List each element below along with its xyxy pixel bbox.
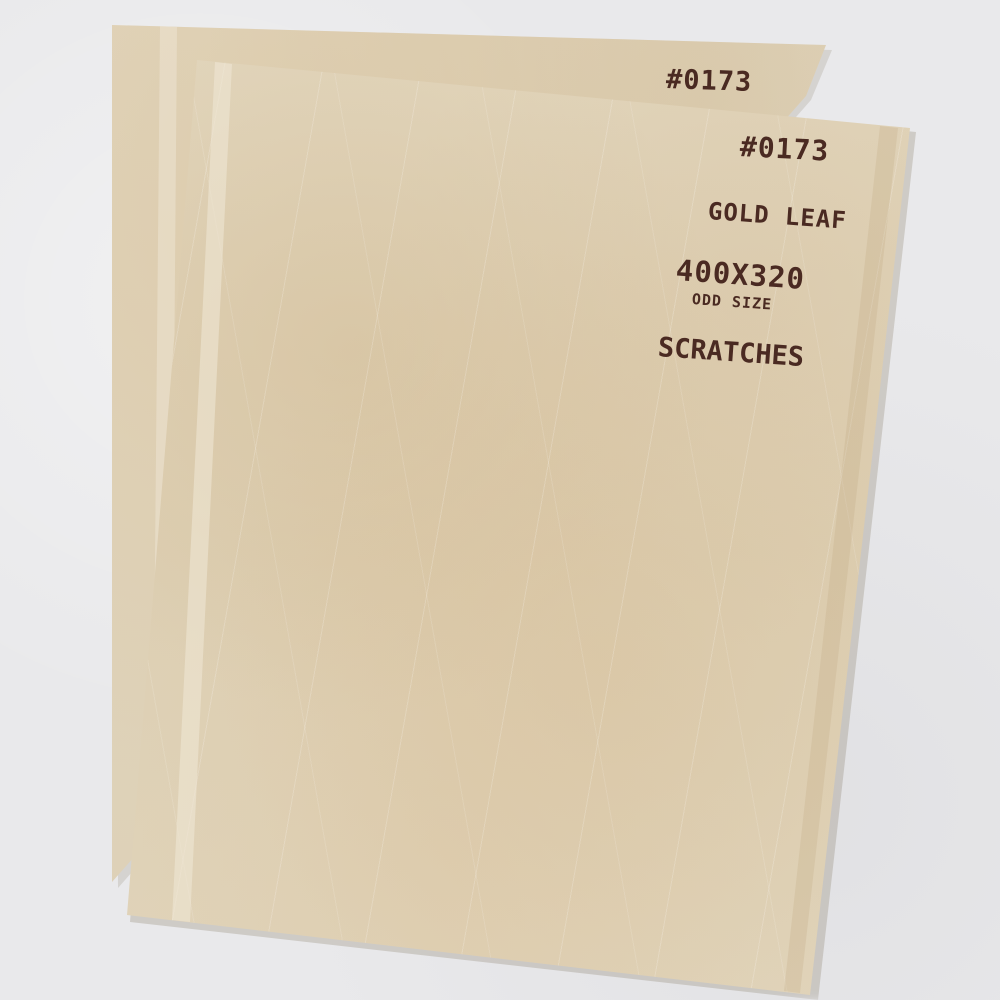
front-sheet-id-label: #0173 [739, 130, 830, 168]
photo-scene: #0173 #0173 GOLD LEAF 400X320 ODD SIZE S… [0, 0, 1000, 1000]
back-sheet-id-label: #0173 [665, 64, 752, 98]
